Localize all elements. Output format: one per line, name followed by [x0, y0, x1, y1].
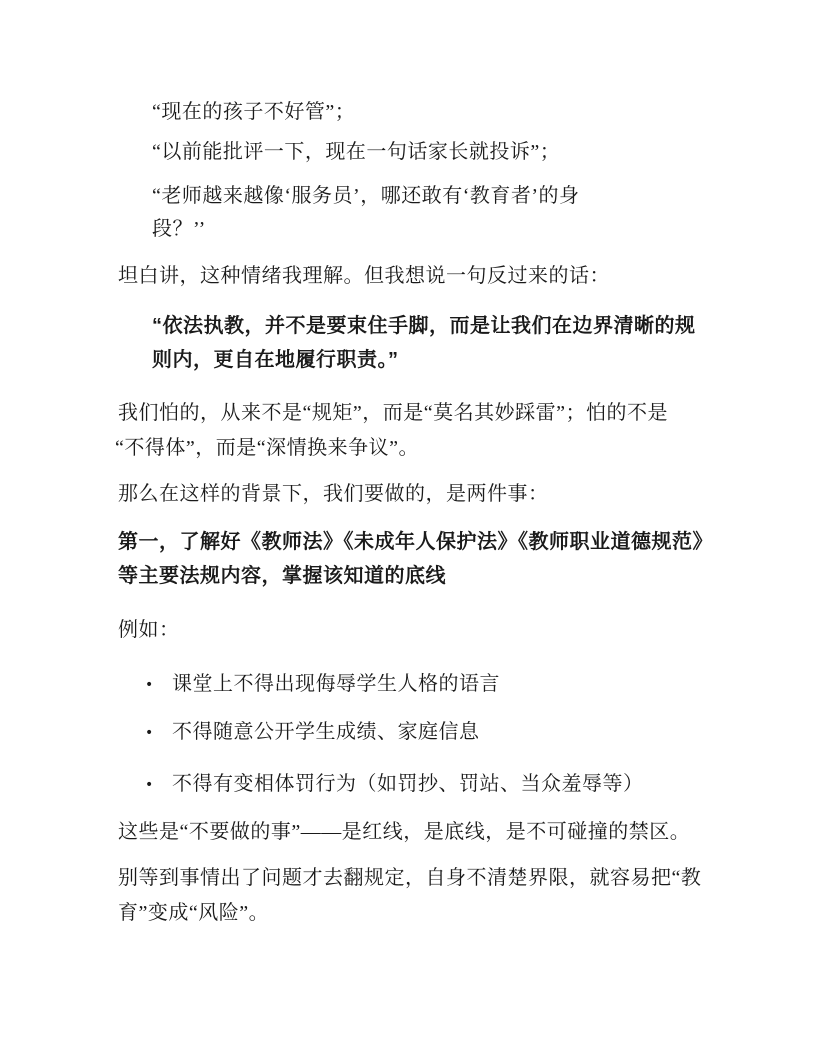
complaint-quote-3-line2: 段？’’: [152, 217, 206, 241]
warning-paragraph-line2: 育”变成“风险”。: [118, 901, 269, 925]
bullet-item-1: •课堂上不得出现侮辱学生人格的语言: [145, 672, 500, 697]
bold-quote-line1: “依法执教，并不是要束住手脚，而是让我们在边界清晰的规: [152, 314, 696, 338]
bullet-icon: •: [145, 673, 172, 697]
bullet-item-3: •不得有变相体罚行为（如罚抄、罚站、当众羞辱等）: [145, 772, 644, 797]
first-point-heading-line2: 等主要法规内容，掌握该知道的底线: [118, 564, 446, 588]
bullet-item-2-text: 不得随意公开学生成绩、家庭信息: [172, 721, 480, 743]
bold-quote-line2: 则内，更自在地履行职责。”: [152, 348, 399, 372]
bullet-item-3-text: 不得有变相体罚行为（如罚抄、罚站、当众羞辱等）: [172, 773, 644, 795]
redline-paragraph: 这些是“不要做的事”——是红线，是底线，是不可碰撞的禁区。: [118, 820, 690, 844]
bullet-item-1-text: 课堂上不得出现侮辱学生人格的语言: [172, 673, 500, 695]
context-paragraph: 那么在这样的背景下，我们要做的，是两件事：: [118, 482, 549, 506]
document-page: “现在的孩子不好管”； “以前能批评一下，现在一句话家长就投诉”； “老师越来越…: [0, 0, 816, 1056]
intro-paragraph: 坦白讲，这种情绪我理解。但我想说一句反过来的话：: [118, 264, 610, 288]
bullet-icon: •: [145, 721, 172, 745]
bullet-item-2: •不得随意公开学生成绩、家庭信息: [145, 720, 480, 745]
fear-paragraph-line1: 我们怕的，从来不是“规矩”，而是“莫名其妙踩雷”；怕的不是: [118, 401, 668, 425]
warning-paragraph-line1: 别等到事情出了问题才去翻规定，自身不清楚界限，就容易把“教: [118, 866, 701, 890]
complaint-quote-1: “现在的孩子不好管”；: [152, 100, 355, 124]
example-label: 例如：: [118, 618, 180, 642]
fear-paragraph-line2: “不得体”，而是“深情换来争议”。: [115, 436, 419, 460]
bullet-icon: •: [145, 773, 172, 797]
complaint-quote-2: “以前能批评一下，现在一句话家长就投诉”；: [152, 140, 560, 164]
first-point-heading-line1: 第一，了解好《教师法》《未成年人保护法》《教师职业道德规范》: [118, 530, 713, 554]
complaint-quote-3-line1: “老师越来越像‘服务员’，哪还敢有‘教育者’的身: [152, 184, 580, 208]
